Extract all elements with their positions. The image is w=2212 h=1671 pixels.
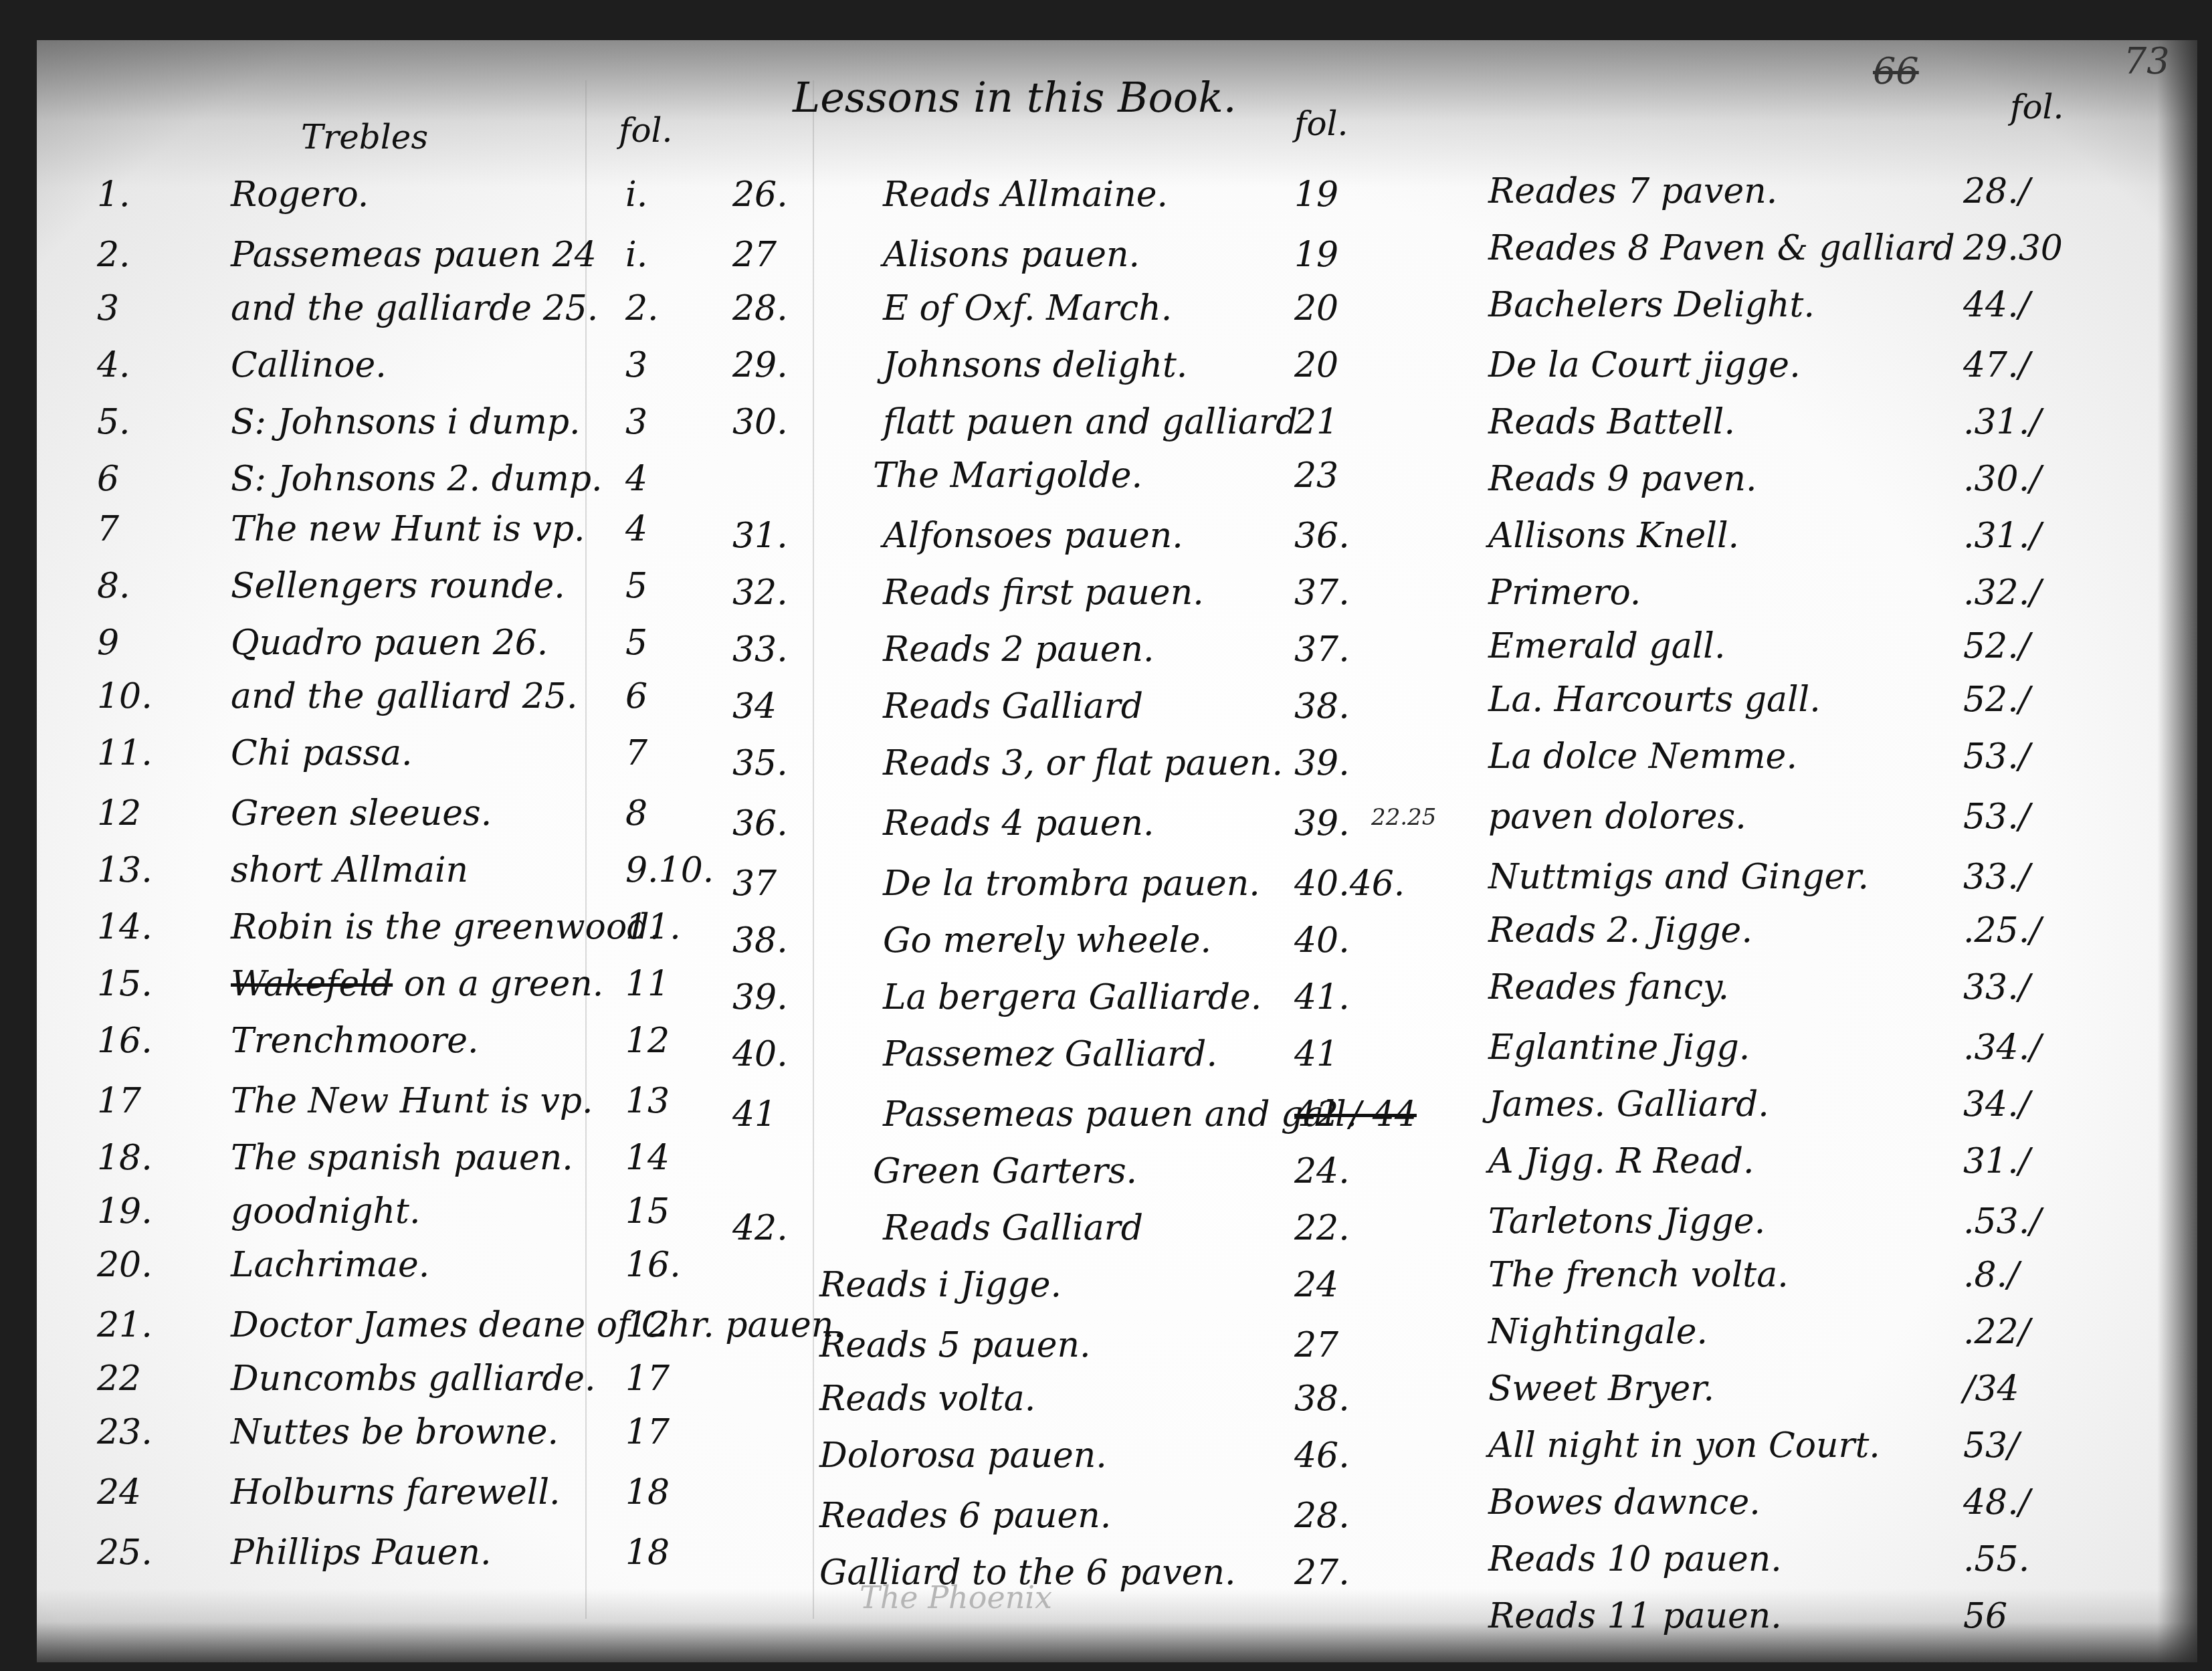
folio-reference: i. — [625, 177, 647, 212]
entry-title: Reads Galliard — [883, 689, 1143, 724]
folio-reference: 39. — [1294, 746, 1350, 781]
entry-number: 26. — [732, 177, 788, 212]
folio-reference: 18 — [625, 1475, 670, 1510]
entry-number: 38. — [732, 923, 788, 958]
entry-title: Alisons pauen. — [883, 237, 1140, 272]
folio-reference: 37. — [1294, 575, 1350, 610]
folio-reference: 53./ — [1963, 739, 2030, 774]
entry-number: 7 — [97, 512, 119, 547]
folio-reference: .31./ — [1963, 518, 2041, 553]
entry-title: Reads 5 pauen. — [819, 1328, 1091, 1363]
entry-title: Chi passa. — [231, 736, 413, 771]
folio-reference: 46. — [1294, 1438, 1350, 1473]
entry-number: 33. — [732, 632, 788, 667]
fol-heading-col3: fol. — [2010, 90, 2064, 124]
entry-title: All night in yon Court. — [1488, 1428, 1880, 1463]
folio-reference: 29.30 — [1963, 231, 2063, 266]
folio-reference: 2. — [625, 291, 659, 326]
folio-reference: 44./ — [1963, 288, 2030, 322]
entry-title: Reads Battell. — [1488, 405, 1735, 439]
entry-number: 36. — [732, 806, 788, 841]
entry-number: 32. — [732, 575, 788, 610]
entry-number: 24 — [97, 1475, 141, 1510]
folio-reference: 24. — [1294, 1154, 1350, 1189]
folio-reference: 33./ — [1963, 860, 2030, 894]
entry-title: La. Harcourts gall. — [1488, 682, 1821, 717]
entry-title: Reades 7 paven. — [1488, 174, 1777, 209]
entry-number: 23. — [97, 1415, 153, 1450]
folio-reference: .8./ — [1963, 1258, 2019, 1292]
folio-reference: 16. — [625, 1248, 681, 1282]
entry-title: Eglantine Jigg. — [1488, 1030, 1750, 1065]
entry-title: flatt pauen and galliard — [883, 405, 1298, 439]
entry-title: Sellengers rounde. — [231, 569, 565, 603]
entry-title: Green sleeues. — [231, 796, 492, 831]
entry-number: 21. — [97, 1308, 153, 1343]
folio-reference: .30./ — [1963, 462, 2041, 496]
folio-reference: 48./ — [1963, 1485, 2030, 1520]
entry-title: Reads 9 paven. — [1488, 462, 1757, 496]
margin-note: 22.25 — [1371, 806, 1436, 829]
folio-reference: 37. — [1294, 632, 1350, 667]
entry-number: 30. — [732, 405, 788, 439]
entry-title: Rogero. — [231, 177, 369, 212]
entry-title: and the galliarde 25. — [231, 291, 598, 326]
folio-reference: 20 — [1294, 291, 1338, 326]
folio-reference: 40. — [1294, 923, 1350, 958]
folio-reference: 3 — [625, 348, 647, 383]
manuscript-page: Lessons in this Book. 66 73 Trebles fol.… — [37, 40, 2197, 1662]
folio-reference: 33./ — [1963, 970, 2030, 1005]
entry-number: 10. — [97, 679, 153, 714]
entry-title: Trenchmoore. — [231, 1023, 479, 1058]
entry-title: La dolce Nemme. — [1488, 739, 1797, 774]
folio-reference: 9.10. — [625, 853, 714, 888]
entry-title: Reads 11 pauen. — [1488, 1599, 1782, 1634]
folio-reference: 12 — [625, 1308, 670, 1343]
folio-reference: 38. — [1294, 689, 1350, 724]
folio-reference: 14 — [625, 1141, 670, 1175]
entry-title: Reades fancy. — [1488, 970, 1729, 1005]
folio-reference: i. — [625, 237, 647, 272]
folio-reference: 53./ — [1963, 799, 2030, 834]
entry-title: De la trombra pauen. — [883, 866, 1260, 901]
folio-reference: 24 — [1294, 1268, 1338, 1302]
column-heading-trebles: Trebles — [301, 120, 428, 154]
entry-title: Nuttes be browne. — [231, 1415, 559, 1450]
page-right-shadow — [2157, 40, 2197, 1662]
folio-reference: 28./ — [1963, 174, 2030, 209]
entry-number: 16. — [97, 1023, 153, 1058]
folio-reference: 34./ — [1963, 1087, 2030, 1122]
entry-title: Passemeas pauen and gall. — [883, 1097, 1357, 1132]
entry-title: Quadro pauen 26. — [231, 625, 548, 660]
folio-reference: 42 / 44 — [1294, 1097, 1417, 1132]
entry-number: 27 — [732, 237, 777, 272]
folio-reference: 15 — [625, 1194, 670, 1229]
folio-reference: 20 — [1294, 348, 1338, 383]
entry-title: Phillips Pauen. — [231, 1535, 491, 1570]
entry-number: 8. — [97, 569, 130, 603]
entry-title: Reads Allmaine. — [883, 177, 1168, 212]
entry-number: 40. — [732, 1037, 788, 1072]
entry-title: Reads 2 pauen. — [883, 632, 1154, 667]
entry-number: 4. — [97, 348, 130, 383]
entry-number: 1. — [97, 177, 130, 212]
entry-title: A Jigg. R Read. — [1488, 1144, 1754, 1179]
folio-reference: 7 — [625, 736, 647, 771]
page-bottom-shadow — [37, 1589, 2197, 1662]
entry-title: Reads volta. — [819, 1381, 1035, 1416]
folio-reference: 56 — [1963, 1599, 2007, 1634]
folio-reference: 27. — [1294, 1555, 1350, 1590]
entry-number: 37 — [732, 866, 777, 901]
folio-reference: 52./ — [1963, 682, 2030, 717]
entry-number: 39. — [732, 980, 788, 1015]
entry-title: Callinoe. — [231, 348, 387, 383]
folio-reference: 19 — [1294, 237, 1338, 272]
entry-title: Wakefeld on a green. — [231, 967, 603, 1001]
entry-title: James. Galliard. — [1488, 1087, 1769, 1122]
entry-title: S: Johnsons i dump. — [231, 405, 581, 439]
folio-reference: 27 — [1294, 1328, 1338, 1363]
entry-number: 11. — [97, 736, 153, 771]
folio-reference: 8 — [625, 796, 647, 831]
old-folio-number: 66 — [1873, 54, 1919, 90]
folio-reference: 17 — [625, 1361, 670, 1396]
folio-reference: 53/ — [1963, 1428, 2019, 1463]
folio-reference: 41 — [1294, 1037, 1338, 1072]
entry-title: Reads 2. Jigge. — [1488, 913, 1752, 948]
struck-word: Wakefeld — [231, 964, 393, 1004]
faint-offset-text: The Phoenix — [860, 1582, 1052, 1613]
entry-number: 6 — [97, 462, 119, 496]
entry-title: Reads Galliard — [883, 1211, 1143, 1246]
entry-title: paven dolores. — [1488, 799, 1746, 834]
entry-number: 34 — [732, 689, 777, 724]
entry-title: Allisons Knell. — [1488, 518, 1739, 553]
folio-reference: 23 — [1294, 458, 1338, 493]
folio-reference: /34 — [1963, 1371, 2019, 1406]
folio-reference: 12 — [625, 1023, 670, 1058]
entry-title: Johnsons delight. — [883, 348, 1187, 383]
folio-reference: 47./ — [1963, 348, 2030, 383]
entry-number: 17 — [97, 1084, 141, 1118]
entry-title: The spanish pauen. — [231, 1141, 573, 1175]
fol-heading-col2: fol. — [1294, 107, 1348, 140]
entry-title: Nuttmigs and Ginger. — [1488, 860, 1869, 894]
entry-number: 25. — [97, 1535, 153, 1570]
folio-reference: .25./ — [1963, 913, 2041, 948]
folio-reference: 52./ — [1963, 629, 2030, 664]
entry-number: 15. — [97, 967, 153, 1001]
entry-title: Duncombs galliarde. — [231, 1361, 596, 1396]
entry-number: 2. — [97, 237, 130, 272]
entry-title: Passemeas pauen 24 — [231, 237, 597, 272]
entry-title: Nightingale. — [1488, 1314, 1708, 1349]
folio-reference: 18 — [625, 1535, 670, 1570]
folio-reference: .53./ — [1963, 1204, 2041, 1239]
entry-title: goodnight. — [231, 1194, 421, 1229]
entry-title: Passemez Galliard. — [883, 1037, 1217, 1072]
entry-number: 14. — [97, 910, 153, 945]
entry-title: Reads 3, or flat pauen. — [883, 746, 1283, 781]
entry-title: Reads 4 pauen. — [883, 806, 1154, 841]
folio-reference: 28. — [1294, 1498, 1350, 1533]
entry-number: 31. — [732, 518, 788, 553]
folio-reference: 4 — [625, 512, 647, 547]
entry-number: 13. — [97, 853, 153, 888]
folio-reference: 22. — [1294, 1211, 1350, 1246]
page-title: Lessons in this Book. — [793, 77, 1236, 118]
entry-title: short Allmain — [231, 853, 468, 888]
entry-title: Alfonsoes pauen. — [883, 518, 1183, 553]
entry-title: Lachrimae. — [231, 1248, 429, 1282]
folio-reference: .55. — [1963, 1542, 2029, 1577]
entry-title: Dolorosa pauen. — [819, 1438, 1107, 1473]
entry-number: 18. — [97, 1141, 153, 1175]
folio-reference: 40.46. — [1294, 866, 1405, 901]
entry-number: 28. — [732, 291, 788, 326]
entry-title: and the galliard 25. — [231, 679, 578, 714]
entry-title: Reads i Jigge. — [819, 1268, 1062, 1302]
entry-title: La bergera Galliarde. — [883, 980, 1262, 1015]
entry-number: 42. — [732, 1211, 788, 1246]
entry-title: Go merely wheele. — [883, 923, 1211, 958]
folio-reference: .32./ — [1963, 575, 2041, 610]
entry-title: Reads first pauen. — [883, 575, 1204, 610]
entry-number: 9 — [97, 625, 119, 660]
entry-title: The french volta. — [1488, 1258, 1789, 1292]
folio-reference: 41. — [1294, 980, 1350, 1015]
entry-title: Reades 8 Paven & galliard — [1488, 231, 1955, 266]
folio-reference: 38. — [1294, 1381, 1350, 1416]
entry-number: 3 — [97, 291, 119, 326]
folio-number: 73 — [2124, 43, 2170, 80]
folio-reference: 21 — [1294, 405, 1338, 439]
folio-reference: 19 — [1294, 177, 1338, 212]
folio-reference: 36. — [1294, 518, 1350, 553]
entry-number: 19. — [97, 1194, 153, 1229]
entry-title: Robin is the greenwood. — [231, 910, 660, 945]
entry-title: S: Johnsons 2. dump. — [231, 462, 603, 496]
folio-reference: 5 — [625, 625, 647, 660]
folio-reference: 39. — [1294, 806, 1350, 841]
folio-reference: 3 — [625, 405, 647, 439]
entry-title: Doctor James deane of Chr. pauen. — [231, 1308, 845, 1343]
entry-title: Holburns farewell. — [231, 1475, 561, 1510]
folio-reference: .31./ — [1963, 405, 2041, 439]
entry-title: E of Oxf. March. — [883, 291, 1172, 326]
ruled-line — [813, 80, 814, 1619]
entry-number: 20. — [97, 1248, 153, 1282]
entry-number: 29. — [732, 348, 788, 383]
entry-title: Bowes dawnce. — [1488, 1485, 1761, 1520]
folio-reference: .22/ — [1963, 1314, 2030, 1349]
entry-title: Green Garters. — [873, 1154, 1137, 1189]
entry-title: The New Hunt is vp. — [231, 1084, 593, 1118]
folio-reference: 5 — [625, 569, 647, 603]
entry-title: Bachelers Delight. — [1488, 288, 1815, 322]
entry-number: 41 — [732, 1097, 777, 1132]
entry-title: Primero. — [1488, 575, 1641, 610]
entry-title: Reads 10 pauen. — [1488, 1542, 1782, 1577]
folio-reference: 13 — [625, 1084, 670, 1118]
folio-reference: 11 — [625, 967, 670, 1001]
entry-title: The Marigolde. — [873, 458, 1142, 493]
entry-title: Sweet Bryer. — [1488, 1371, 1714, 1406]
entry-number: 12 — [97, 796, 141, 831]
entry-number: 5. — [97, 405, 130, 439]
folio-reference: .34./ — [1963, 1030, 2041, 1065]
fol-heading-col1: fol. — [619, 114, 673, 147]
entry-title: Tarletons Jigge. — [1488, 1204, 1765, 1239]
folio-reference: 4 — [625, 462, 647, 496]
entry-title: The new Hunt is vp. — [231, 512, 585, 547]
folio-reference: 17 — [625, 1415, 670, 1450]
entry-title: Emerald gall. — [1488, 629, 1725, 664]
folio-reference: 31./ — [1963, 1144, 2030, 1179]
folio-reference: 11. — [625, 910, 681, 945]
entry-number: 22 — [97, 1361, 141, 1396]
folio-reference: 6 — [625, 679, 647, 714]
entry-title: Reades 6 pauen. — [819, 1498, 1111, 1533]
entry-number: 35. — [732, 746, 788, 781]
entry-title: De la Court jigge. — [1488, 348, 1801, 383]
